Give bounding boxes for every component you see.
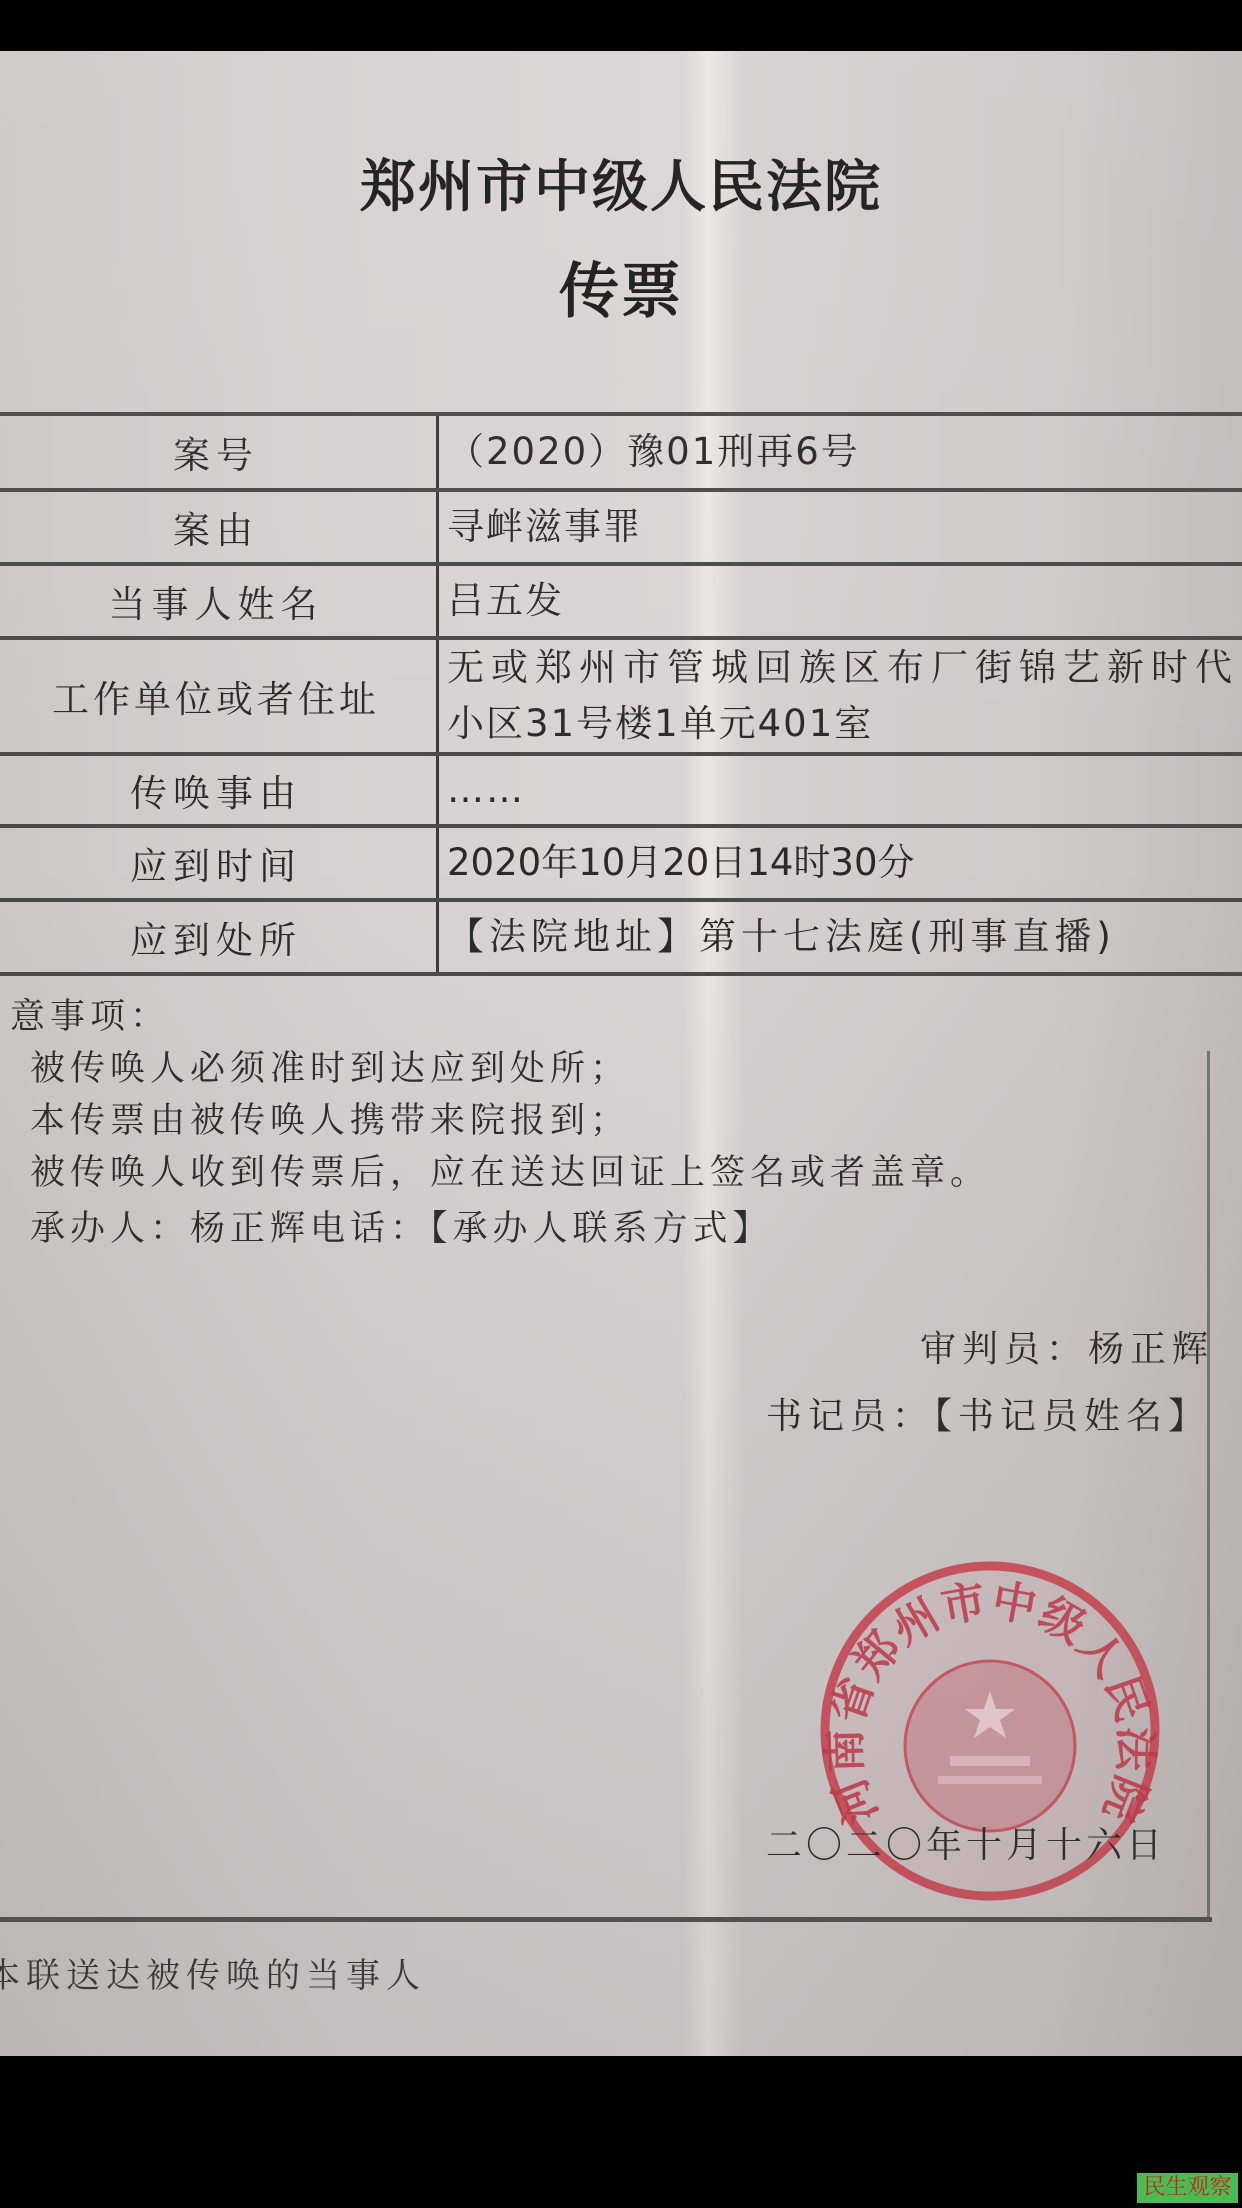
table-row-case-cause: 案由 寻衅滋事罪 bbox=[0, 490, 1242, 564]
field-label: 应到处所 bbox=[0, 900, 438, 974]
field-value-line-2: 小区31号楼1单元401室 bbox=[447, 696, 1242, 752]
note-item: 被传唤人必须准时到达应到处所； bbox=[30, 1041, 630, 1091]
note-item: 被传唤人收到传票后，应在送达回证上签名或者盖章。 bbox=[30, 1145, 990, 1195]
field-label: 应到时间 bbox=[0, 826, 438, 900]
field-value: 吕五发 bbox=[447, 573, 1242, 629]
watermark-badge: 民生观察 bbox=[1137, 2173, 1238, 2203]
table-row-address: 工作单位或者住址 无或郑州市管城回族区布厂街锦艺新时代 小区31号楼1单元401… bbox=[0, 638, 1242, 754]
field-value: 寻衅滋事罪 bbox=[447, 499, 1242, 555]
field-value: 【法院地址】第十七法庭(刑事直播) bbox=[447, 909, 1242, 965]
field-value-line-1: 无或郑州市管城回族区布厂街锦艺新时代 bbox=[447, 640, 1242, 696]
judge-signature: 审判员：杨正辉 bbox=[920, 1321, 1214, 1372]
table-row-party-name: 当事人姓名 吕五发 bbox=[0, 564, 1242, 638]
document-photo: 郑州市中级人民法院 传票 案号 （2020）豫01刑再6号 案由 寻衅滋事罪 当… bbox=[0, 51, 1242, 2056]
clerk-signature: 书记员：【书记员姓名】 bbox=[766, 1388, 1210, 1439]
document-type-title: 传票 bbox=[0, 244, 1242, 330]
field-value: （2020）豫01刑再6号 bbox=[447, 424, 1242, 480]
issue-date: 二〇二〇年十月十六日 bbox=[766, 1817, 1166, 1868]
footer-note: 本联送达被传唤的当事人 bbox=[0, 1948, 426, 1997]
notes-header: 意事项： bbox=[10, 989, 170, 1039]
field-value: 2020年10月20日14时30分 bbox=[447, 835, 1242, 891]
table-row-summons-reason: 传唤事由 …… bbox=[0, 754, 1242, 826]
field-value: …… bbox=[447, 762, 1242, 818]
note-item-contact: 承办人：杨正辉电话：【承办人联系方式】 bbox=[30, 1201, 773, 1251]
field-label: 案号 bbox=[0, 414, 438, 490]
table-row-appearance-place: 应到处所 【法院地址】第十七法庭(刑事直播) bbox=[0, 900, 1242, 974]
note-item: 本传票由被传唤人携带来院报到； bbox=[30, 1093, 630, 1143]
court-name-title: 郑州市中级人民法院 bbox=[0, 143, 1242, 223]
table-row-appearance-time: 应到时间 2020年10月20日14时30分 bbox=[0, 826, 1242, 900]
field-label: 案由 bbox=[0, 490, 438, 564]
field-label: 当事人姓名 bbox=[0, 564, 438, 638]
form-border-right bbox=[1207, 1051, 1210, 1921]
form-border-bottom bbox=[0, 1917, 1212, 1922]
field-label: 传唤事由 bbox=[0, 754, 438, 826]
table-row-case-number: 案号 （2020）豫01刑再6号 bbox=[0, 414, 1242, 490]
summons-info-table: 案号 （2020）豫01刑再6号 案由 寻衅滋事罪 当事人姓名 吕五发 工作单位… bbox=[0, 412, 1242, 976]
field-label: 工作单位或者住址 bbox=[0, 638, 438, 754]
